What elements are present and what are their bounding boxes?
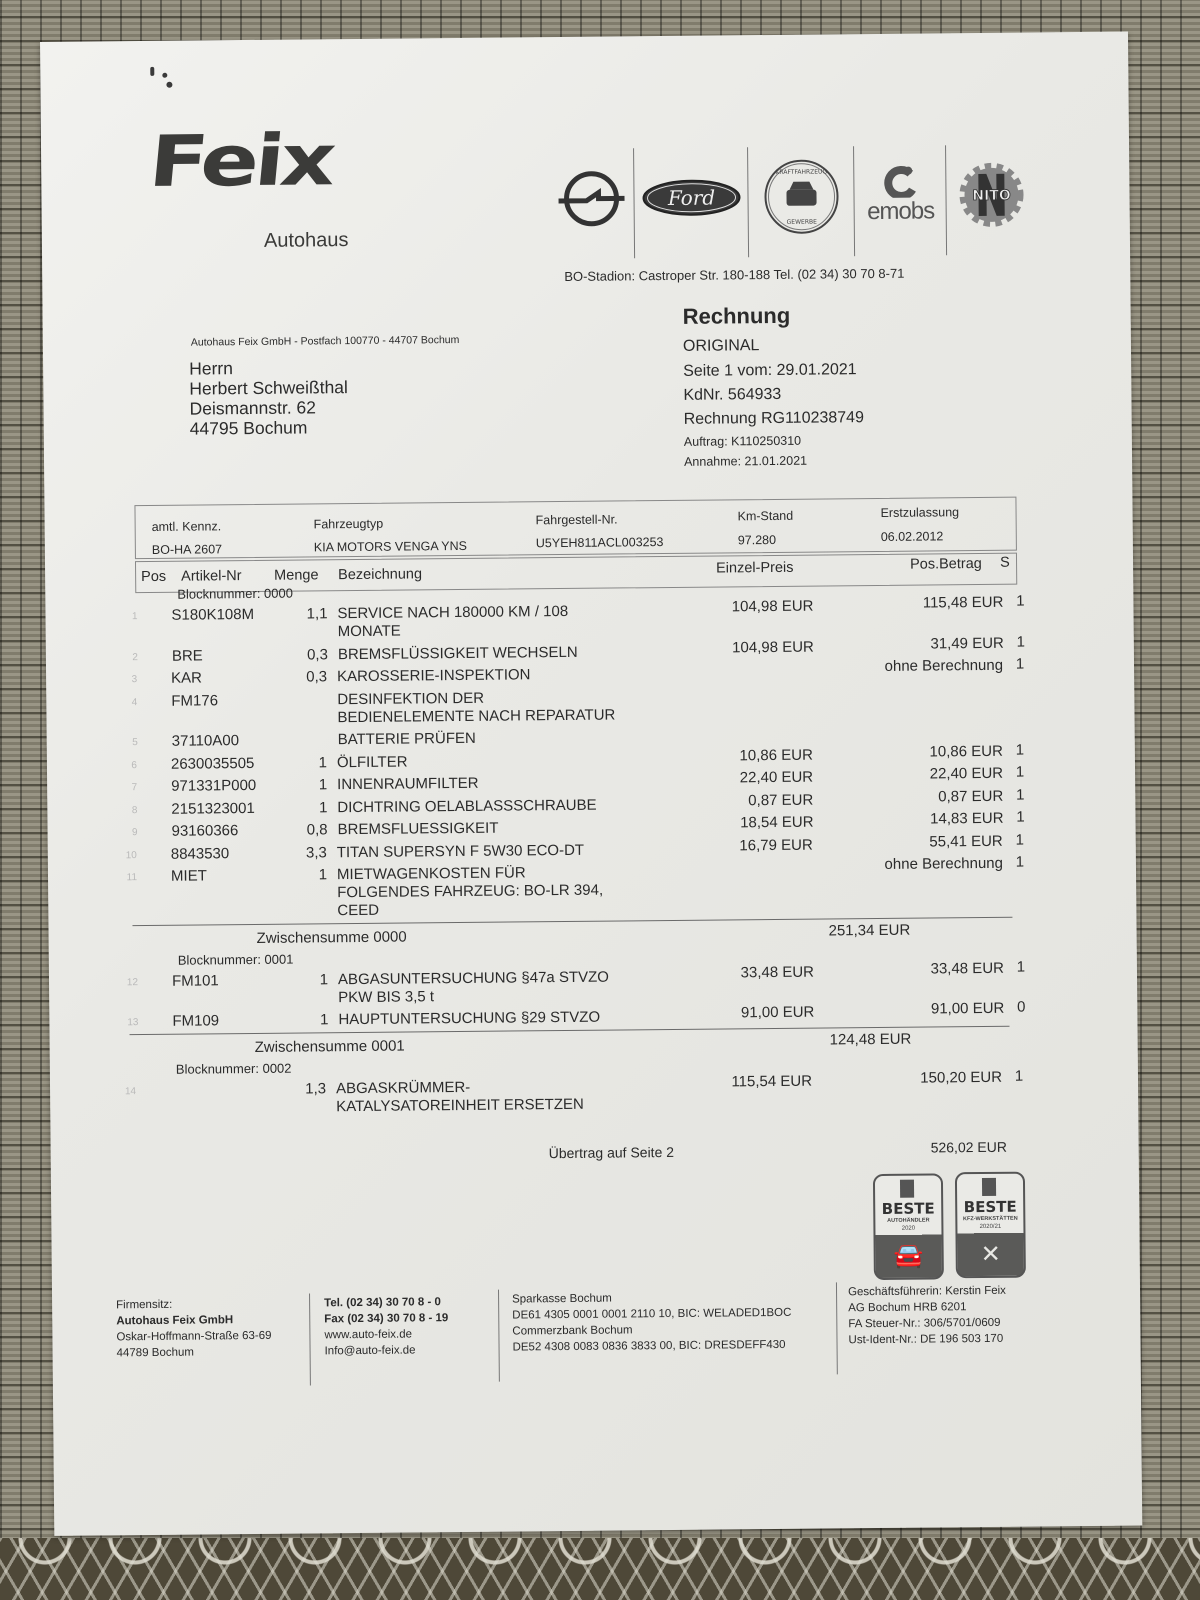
vehicle-label-registration: Erstzulassung	[880, 505, 959, 520]
tax-flag: 1	[1013, 786, 1027, 803]
quantity: 1	[267, 799, 327, 817]
tax-flag: 1	[1013, 741, 1027, 758]
vehicle-km: 97.280	[738, 533, 776, 547]
description: BREMSFLÜSSIGKEIT WECHSELN	[338, 643, 578, 663]
description: DESINFEKTION DERBEDIENELEMENTE NACH REPA…	[337, 688, 615, 727]
footer-bank: Sparkasse Bochum DE61 4305 0001 0001 211…	[512, 1289, 792, 1356]
quantity: 1,1	[267, 605, 327, 623]
unit-price	[693, 661, 813, 662]
footer-company: Firmensitz: Autohaus Feix GmbH Oskar-Hof…	[116, 1296, 272, 1361]
tax-flag: 1	[1012, 1067, 1026, 1084]
description-line: BATTERIE PRÜFEN	[338, 730, 476, 749]
order-number: Auftrag: K110250310	[684, 434, 801, 449]
article-number: MIET	[171, 867, 207, 884]
unit-price: 104,98 EUR	[694, 638, 814, 656]
quantity: 1	[268, 1011, 328, 1029]
quantity: 0,3	[267, 668, 327, 686]
auto-bild-logo-icon	[900, 1180, 914, 1198]
copy-type: ORIGINAL	[683, 337, 760, 356]
tax-flag: 1	[1013, 656, 1027, 673]
description: INNENRAUMFILTER	[337, 775, 479, 794]
award-badge-werkstatt: BESTE KFZ-WERKSTÄTTEN 2020/21 ✕	[955, 1172, 1026, 1279]
customer-number: KdNr. 564933	[683, 386, 781, 405]
tax-flag: 1	[1014, 633, 1028, 650]
position-number: 5	[118, 737, 138, 748]
svg-text:NITO: NITO	[972, 188, 1011, 204]
position-amount: 31,49 EUR	[864, 634, 1004, 652]
article-number: KAR	[171, 669, 202, 686]
unit-price: 91,00 EUR	[694, 1004, 814, 1022]
quantity: 1,3	[266, 1080, 326, 1098]
tax-flag: 0	[1014, 999, 1028, 1016]
vehicle-first-registration: 06.02.2012	[881, 529, 944, 544]
quantity: 1	[268, 971, 328, 989]
description-line: PKW BIS 3,5 t	[338, 986, 609, 1007]
recipient-salutation: Herrn	[189, 358, 233, 379]
auto-bild-logo-icon	[982, 1178, 996, 1196]
ford-logo-icon: Ford	[639, 147, 744, 248]
page-date: Seite 1 vom: 29.01.2021	[683, 361, 857, 381]
table-row: 13FM1091HAUPTUNTERSUCHUNG §29 STVZO91,00…	[49, 1004, 1049, 1014]
vehicle-label-km: Km-Stand	[738, 509, 794, 524]
emobs-logo-icon: emobs	[857, 145, 944, 246]
carry-over-amount: 526,02 EUR	[931, 1139, 1007, 1156]
website-link: www.auto-feix.de	[324, 1326, 448, 1343]
quantity: 1	[267, 754, 327, 772]
vehicle-info-box: amtl. Kennz. Fahrzeugtyp Fahrgestell-Nr.…	[134, 497, 1016, 559]
position-amount: 10,86 EUR	[863, 742, 1003, 760]
table-row: 2BRE0,3BREMSFLÜSSIGKEIT WECHSELN104,98 E…	[46, 639, 1046, 649]
position-number: 6	[117, 760, 137, 771]
position-amount: ohne Berechnung	[863, 657, 1003, 675]
carry-over-label: Übertrag auf Seite 2	[549, 1144, 674, 1161]
position-number: 7	[117, 782, 137, 793]
position-number: 9	[118, 827, 138, 838]
lace-doily-background	[0, 1538, 1200, 1600]
description-line: BREMSFLUESSIGKEIT	[337, 820, 498, 840]
unit-price: 33,48 EUR	[694, 963, 814, 981]
table-row: 537110A00BATTERIE PRÜFEN	[47, 724, 1047, 734]
description-line: BEDIENELEMENTE NACH REPARATUR	[337, 706, 615, 727]
description-line: BREMSFLÜSSIGKEIT WECHSELN	[338, 643, 578, 663]
position-amount: ohne Berechnung	[863, 855, 1003, 873]
description-line: MONATE	[338, 621, 569, 641]
recipient-city: 44795 Bochum	[190, 417, 308, 439]
quantity: 1	[267, 866, 327, 884]
article-number: BRE	[172, 647, 203, 664]
col-unit-price: Einzel-Preis	[716, 560, 794, 577]
position-amount: 115,48 EUR	[863, 594, 1003, 612]
car-icon: 🚘	[876, 1241, 942, 1271]
unit-price	[694, 724, 814, 725]
position-number: 3	[117, 674, 137, 685]
position-number: 1	[117, 611, 137, 622]
tax-flag: 1	[1013, 593, 1027, 610]
unit-price	[693, 859, 813, 860]
description-line: FOLGENDES FAHRZEUG: BO-LR 394,	[337, 882, 603, 903]
description-line: INNENRAUMFILTER	[337, 775, 479, 794]
article-number: FM101	[172, 972, 219, 989]
article-number: S180K108M	[171, 606, 254, 624]
position-number: 11	[117, 872, 137, 883]
position-number: 10	[117, 850, 137, 861]
subtotal-amount: 251,34 EUR	[828, 921, 910, 939]
invoice-number: Rechnung RG110238749	[684, 409, 864, 429]
position-amount: 55,41 EUR	[863, 832, 1003, 850]
block-number-label: Blocknummer: 0002	[176, 1060, 292, 1076]
svg-text:GEWERBE: GEWERBE	[787, 219, 818, 226]
description-line: KAROSSERIE-INSPEKTION	[337, 666, 531, 686]
article-number: 37110A00	[172, 732, 239, 750]
line-items: Blocknummer: 00001S180K108M1,1SERVICE NA…	[40, 32, 1128, 42]
unit-price: 104,98 EUR	[693, 598, 813, 616]
description: BREMSFLUESSIGKEIT	[337, 820, 498, 840]
quantity: 3,3	[267, 844, 327, 862]
description-line: ABGASUNTERSUCHUNG §47a STVZO	[338, 968, 609, 989]
col-desc: Bezeichnung	[338, 566, 422, 583]
subtotal-amount: 124,48 EUR	[830, 1030, 912, 1048]
quantity: 0,3	[268, 646, 328, 664]
recipient-street: Deismannstr. 62	[189, 397, 316, 419]
article-number: FM176	[171, 692, 218, 709]
svg-text:Ford: Ford	[667, 186, 715, 210]
vehicle-plate: BO-HA 2607	[152, 542, 222, 557]
col-amount: Pos.Betrag	[910, 556, 982, 573]
description-line: HAUPTUNTERSUCHUNG §29 STVZO	[338, 1009, 600, 1030]
description: BATTERIE PRÜFEN	[338, 730, 476, 749]
quantity: 1	[267, 776, 327, 794]
feix-logo: Feix	[146, 125, 335, 197]
invoice-title: Rechnung	[683, 303, 791, 330]
col-s: S	[1000, 555, 1010, 571]
vehicle-label-plate: amtl. Kennz.	[152, 519, 222, 534]
quantity	[268, 731, 328, 732]
quantity	[267, 691, 327, 692]
position-amount: 0,87 EUR	[863, 787, 1003, 805]
subtotal-label: Zwischensumme 0001	[255, 1037, 405, 1055]
tax-flag: 1	[1013, 809, 1027, 826]
recipient-name: Herbert Schweißthal	[189, 377, 348, 400]
tax-flag: 1	[1014, 958, 1028, 975]
sender-line: Autohaus Feix GmbH - Postfach 100770 - 4…	[191, 334, 460, 349]
tax-flag: 1	[1013, 764, 1027, 781]
position-number: 8	[117, 805, 137, 816]
staple-holes	[148, 67, 172, 91]
description: ÖLFILTER	[337, 753, 408, 772]
email-link: Info@auto-feix.de	[325, 1342, 449, 1359]
description: ABGASUNTERSUCHUNG §47a STVZOPKW BIS 3,5 …	[338, 968, 609, 1007]
received-date: Annahme: 21.01.2021	[684, 454, 807, 469]
description: HAUPTUNTERSUCHUNG §29 STVZO	[338, 1009, 600, 1030]
col-qty: Menge	[274, 567, 318, 583]
article-number: 93160366	[172, 822, 239, 840]
vehicle-label-type: Fahrzeugtyp	[314, 517, 384, 532]
block-number-label: Blocknummer: 0001	[178, 951, 294, 967]
article-number: FM109	[172, 1012, 219, 1029]
description: MIETWAGENKOSTEN FÜRFOLGENDES FAHRZEUG: B…	[337, 864, 603, 921]
unit-price: 16,79 EUR	[693, 836, 813, 854]
footer-legal: Geschäftsführerin: Kerstin Feix AG Bochu…	[848, 1283, 1006, 1349]
description: KAROSSERIE-INSPEKTION	[337, 666, 531, 686]
description-line: TITAN SUPERSYN F 5W30 ECO-DT	[337, 841, 584, 861]
position-number: 14	[116, 1086, 136, 1097]
position-amount: 33,48 EUR	[864, 959, 1004, 977]
footer-contact: Tel. (02 34) 30 70 8 - 0 Fax (02 34) 30 …	[324, 1294, 449, 1359]
wrench-tools-icon: ✕	[958, 1240, 1024, 1270]
unit-price: 10,86 EUR	[693, 746, 813, 764]
position-amount	[864, 720, 1004, 721]
position-amount: 91,00 EUR	[864, 1000, 1004, 1018]
invoice-sheet: Feix Autohaus Ford KRAFTFAHRZEUGGEWERBE …	[40, 32, 1142, 1536]
position-amount	[863, 679, 1003, 680]
subtotal-label: Zwischensumme 0000	[257, 928, 407, 946]
tax-flag: 1	[1013, 831, 1027, 848]
description: ABGASKRÜMMER-KATALYSATOREINHEIT ERSETZEN	[336, 1077, 584, 1115]
col-pos: Pos	[141, 569, 166, 585]
vehicle-vin: U5YEH811ACL003253	[536, 535, 664, 550]
article-number: 8843530	[171, 845, 230, 863]
logo-subtitle: Autohaus	[264, 229, 349, 253]
position-amount: 14,83 EUR	[863, 810, 1003, 828]
description: SERVICE NACH 180000 KM / 108MONATE	[337, 603, 568, 641]
vehicle-type: KIA MOTORS VENGA YNS	[314, 539, 467, 554]
description-line: ABGASKRÜMMER-	[336, 1077, 584, 1097]
unit-price: 18,54 EUR	[693, 814, 813, 832]
unit-price: 0,87 EUR	[693, 791, 813, 809]
position-number: 4	[117, 697, 137, 708]
position-amount: 22,40 EUR	[863, 765, 1003, 783]
article-number: 2630035505	[171, 754, 255, 772]
description: TITAN SUPERSYN F 5W30 ECO-DT	[337, 841, 584, 861]
description-line: CEED	[337, 900, 603, 921]
description: DICHTRING OELABLASSSCHRAUBE	[337, 796, 596, 816]
description-line: SERVICE NACH 180000 KM / 108	[337, 603, 568, 623]
brand-logos: Ford KRAFTFAHRZEUGGEWERBE emobs NITO	[551, 144, 1032, 259]
article-number: 2151323001	[171, 799, 255, 817]
tax-flag: 1	[1013, 854, 1027, 871]
opel-logo-icon	[551, 148, 632, 249]
description-line: KATALYSATOREINHEIT ERSETZEN	[336, 1095, 584, 1115]
position-amount: 150,20 EUR	[862, 1068, 1002, 1086]
position-number: 2	[118, 652, 138, 663]
award-badge-autohaendler: BESTE AUTOHÄNDLER 2020 🚘	[873, 1173, 944, 1280]
unit-price	[693, 683, 813, 684]
position-number: 13	[118, 1017, 138, 1028]
quantity: 0,8	[267, 821, 327, 839]
nito-gear-icon: NITO	[951, 144, 1032, 245]
description-line: DICHTRING OELABLASSSCHRAUBE	[337, 796, 596, 816]
description-line: ÖLFILTER	[337, 753, 408, 772]
block-number-label: Blocknummer: 0000	[177, 586, 293, 602]
article-number: 971331P000	[171, 777, 256, 795]
branch-address: BO-Stadion: Castroper Str. 180-188 Tel. …	[564, 266, 904, 284]
kfz-gewerbe-seal-icon: KRAFTFAHRZEUGGEWERBE	[751, 146, 852, 247]
unit-price: 115,54 EUR	[692, 1072, 812, 1090]
position-number: 12	[118, 977, 138, 988]
col-article: Artikel-Nr	[181, 568, 242, 585]
svg-text:KRAFTFAHRZEUG: KRAFTFAHRZEUG	[775, 168, 827, 175]
vehicle-label-vin: Fahrgestell-Nr.	[536, 512, 618, 527]
unit-price: 22,40 EUR	[693, 769, 813, 787]
